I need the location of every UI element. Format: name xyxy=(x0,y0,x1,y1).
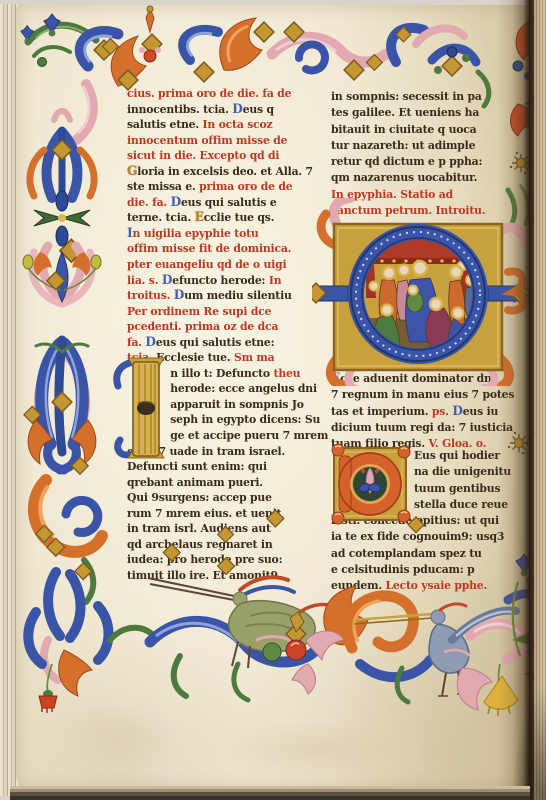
manuscript-text-line: pcedenti. prima oz de dca xyxy=(127,319,315,335)
manuscript-text-line: In uigilia epyphie totu xyxy=(127,226,315,242)
manuscript-text-line: Ecce aduenit dominator dns xyxy=(331,370,502,386)
manuscript-text-line: e celsitudinis pducam: p xyxy=(331,561,502,577)
manuscript-text-line: timuit illo ire. Et amonit9 xyxy=(127,568,315,584)
manuscript-text-line: Gloria in excelsis deo. et Alla. 7 xyxy=(127,164,315,180)
manuscript-text-line: apparuit in sompnis Jo xyxy=(127,397,315,413)
manuscript-text-line: cius. prima oro de die. fa de xyxy=(127,86,315,102)
manuscript-text-line: ge et accipe pueru 7 mrem xyxy=(127,428,315,444)
manuscript-text-line: tes galilee. Et ueniens ha xyxy=(331,104,500,120)
text-column-left: cius. prima oro de die. fa deinnocentibs… xyxy=(127,86,327,584)
manuscript-text-line: Qui 9surgens: accep pue xyxy=(127,490,315,506)
manuscript-text-line: sicut in die. Excepto qd di xyxy=(127,148,315,164)
manuscript-text-line: offim misse fit de dominica. xyxy=(127,241,315,257)
text-column-right-upper: in sompnis: secessit in pates galilee. E… xyxy=(331,88,511,218)
manuscript-text-line: pter euangeliu qd de o uigi xyxy=(127,257,315,273)
manuscript-text-line: ia te ex fide cognouim9: usq3 xyxy=(331,528,502,544)
manuscript-text-line: qd archelaus regnaret in xyxy=(127,537,315,553)
manuscript-text-line: 7 regnum in manu eius 7 potes xyxy=(331,386,502,402)
manuscript-text-line: tas et imperium. ps. Deus iu xyxy=(331,403,502,419)
manuscript-text-line: Eus qui hodier xyxy=(414,447,508,463)
manuscript-text-line: in tram isrl. Audiens aut xyxy=(127,521,315,537)
manuscript-text-line: tuum gentibus xyxy=(414,480,508,496)
manuscript-text-line: dicium tuum regi da: 7 iusticia xyxy=(331,419,502,435)
manuscript-text-line: ste missa e. prima oro de de xyxy=(127,179,315,195)
manuscript-text-line: troitus. Dum mediu silentiu xyxy=(127,288,315,304)
manuscript-text-line: eundem. Lecto ysaie pphe. xyxy=(331,577,502,593)
manuscript-text-line: salutis etne. In octa scoz xyxy=(127,117,315,133)
manuscript-text-line: bitauit in ciuitate q uoca xyxy=(331,121,500,137)
manuscript-text-line: In epyphia. Statio ad xyxy=(331,186,500,202)
manuscript-text-line: innocentum offim misse de xyxy=(127,133,315,149)
text-column-right-lower: lasti: concede ppitius: ut quiia te ex f… xyxy=(331,512,513,593)
manuscript-text-line: lasti: concede ppitius: ut qui xyxy=(331,512,502,528)
text-column-right-middle: Ecce aduenit dominator dns7 regnum in ma… xyxy=(331,370,513,451)
manuscript-page-photo: cius. prima oro de die. fa deinnocentibs… xyxy=(0,0,546,800)
manuscript-text-line: qm nazarenus uocabitur. xyxy=(331,169,500,185)
manuscript-text-line: tur nazareth: ut adimple xyxy=(331,137,500,153)
manuscript-text-line: herode: ecce angelus dni xyxy=(127,381,315,397)
manuscript-text-line: seph in egypto dicens: Su xyxy=(127,412,315,428)
manuscript-text-line: Per ordinem Re supi dce xyxy=(127,304,315,320)
manuscript-text-line: fa. Deus qui salutis etne: xyxy=(127,335,315,351)
book-bottom-edge xyxy=(10,786,530,800)
manuscript-text-line: lia. s. Defuncto herode: In xyxy=(127,273,315,289)
manuscript-text-line: retur qd dictum e p ppha: xyxy=(331,153,500,169)
manuscript-text-line: terne. tcia. Ecclie tue qs. xyxy=(127,210,315,226)
manuscript-text-line: eius: 7 uade in tram israel. xyxy=(127,444,315,460)
manuscript-text-line: Defuncti sunt enim: qui xyxy=(127,459,315,475)
manuscript-text-line: in sompnis: secessit in pa xyxy=(331,88,500,104)
manuscript-text-line: iudea: pro herode pre suo: xyxy=(127,552,315,568)
manuscript-text-line: stella duce reue xyxy=(414,496,508,512)
manuscript-text-line: innocentibs. tcia. Deus q xyxy=(127,102,315,118)
manuscript-text-line: rum 7 mrem eius. et uenit xyxy=(127,506,315,522)
manuscript-text-line: n illo t: Defuncto theu xyxy=(127,366,315,382)
manuscript-text-line: ad cotemplandam spez tu xyxy=(331,545,502,561)
manuscript-text-line: die. fa. Deus qui salutis e xyxy=(127,195,315,211)
gutter-corner-shadow xyxy=(486,640,546,800)
manuscript-text-line: sanctum petrum. Introitu. xyxy=(331,202,500,218)
manuscript-text-line: na die unigenitu xyxy=(414,463,508,479)
manuscript-text-line: tcia. Ecclesie tue. Sm ma xyxy=(127,350,315,366)
manuscript-text-line: qrebant animam pueri. xyxy=(127,475,315,491)
